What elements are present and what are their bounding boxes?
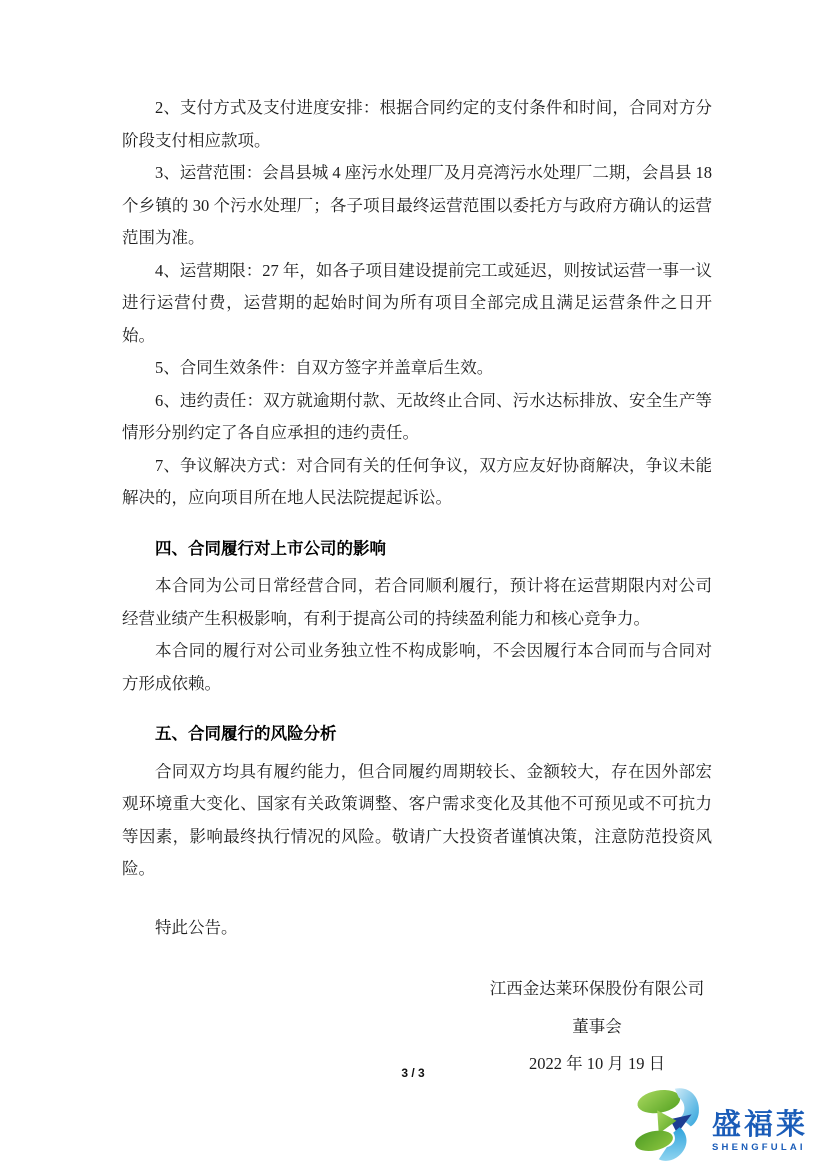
logo-text: 盛福莱 SHENGFULAI	[712, 1096, 808, 1153]
paragraph-dispute-resolution: 7、争议解决方式：对合同有关的任何争议，双方应友好协商解决，争议未能解决的，应向…	[122, 450, 712, 515]
signature-company: 江西金达莱环保股份有限公司	[452, 970, 742, 1008]
paragraph-operation-scope: 3、运营范围：会昌县城 4 座污水处理厂及月亮湾污水处理厂二期，会昌县 18 个…	[122, 157, 712, 255]
paragraph-risk-1: 合同双方均具有履约能力，但合同履约周期较长、金额较大，存在因外部宏观环境重大变化…	[122, 756, 712, 886]
document-page: 2、支付方式及支付进度安排：根据合同约定的支付条件和时间，合同对方分阶段支付相应…	[0, 0, 826, 1169]
signature-signer: 董事会	[452, 1008, 742, 1046]
paragraph-operation-period: 4、运营期限：27 年，如各子项目建设提前完工或延迟，则按试运营一事一议进行运营…	[122, 255, 712, 353]
paragraph-effective-condition: 5、合同生效条件：自双方签字并盖章后生效。	[122, 352, 712, 385]
document-body: 2、支付方式及支付进度安排：根据合同约定的支付条件和时间，合同对方分阶段支付相应…	[122, 92, 712, 1083]
shengfulai-logo-icon	[630, 1084, 710, 1164]
company-logo: 盛福莱 SHENGFULAI	[630, 1084, 808, 1164]
paragraph-payment-terms: 2、支付方式及支付进度安排：根据合同约定的支付条件和时间，合同对方分阶段支付相应…	[122, 92, 712, 157]
page-number: 3 / 3	[0, 1066, 826, 1080]
closing-statement: 特此公告。	[122, 912, 712, 945]
section-heading-risk: 五、合同履行的风险分析	[122, 718, 712, 751]
paragraph-breach-liability: 6、违约责任：双方就逾期付款、无故终止合同、污水达标排放、安全生产等情形分别约定…	[122, 385, 712, 450]
section-heading-impact: 四、合同履行对上市公司的影响	[122, 533, 712, 566]
paragraph-impact-1: 本合同为公司日常经营合同，若合同顺利履行，预计将在运营期限内对公司经营业绩产生积…	[122, 570, 712, 635]
logo-name-chinese: 盛福莱	[712, 1110, 808, 1140]
logo-name-latin: SHENGFULAI	[712, 1142, 808, 1153]
paragraph-impact-2: 本合同的履行对公司业务独立性不构成影响，不会因履行本合同而与合同对方形成依赖。	[122, 635, 712, 700]
